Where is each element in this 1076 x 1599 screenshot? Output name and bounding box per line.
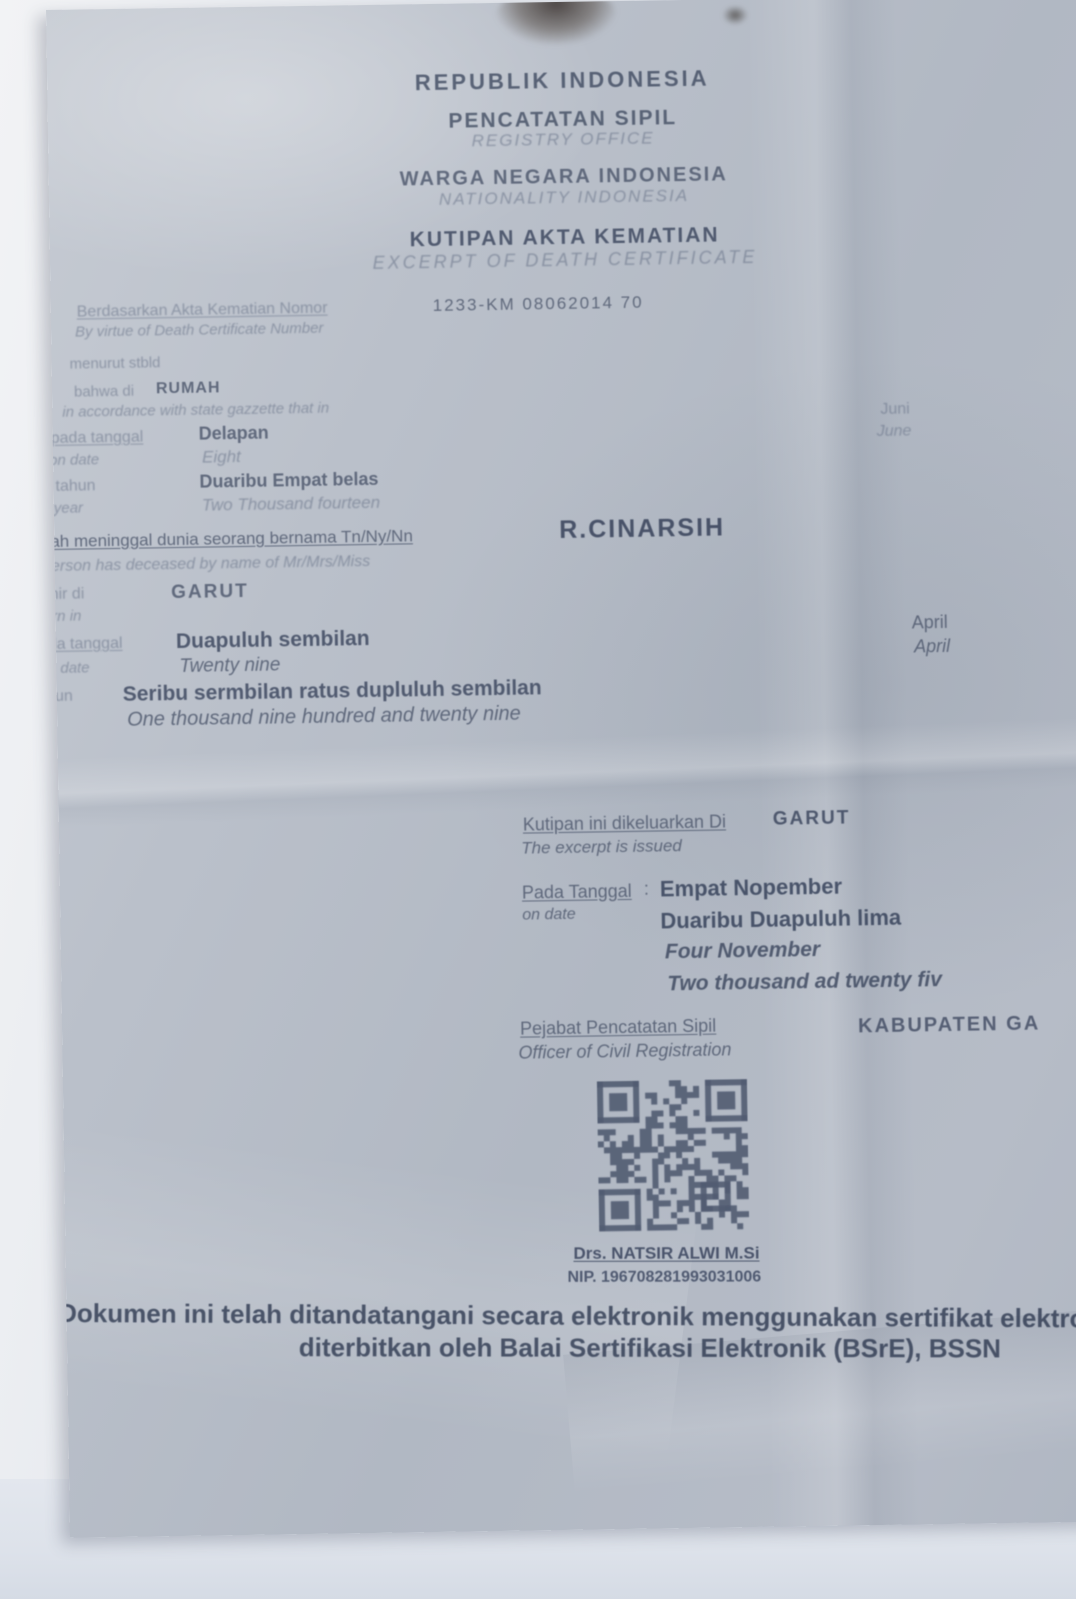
issued-label-en: The excerpt is issued: [521, 836, 682, 859]
issue-date-label-en: on date: [522, 906, 576, 925]
issued-place: GARUT: [773, 807, 851, 830]
birth-place-label-en: born in: [46, 608, 82, 626]
issue-date-colon: :: [644, 879, 649, 900]
issue-date-year-en: Two thousand ad twenty fiv: [667, 968, 942, 996]
cert-number-label-en: By virtue of Death Certificate Number: [75, 320, 324, 341]
death-day-id: Delapan: [199, 423, 269, 445]
photo-frame: REPUBLIK INDONESIA PENCATATAN SIPIL REGI…: [0, 0, 1076, 1599]
death-date-label-en: on date: [49, 451, 99, 469]
death-date-label-id: pada tanggal: [51, 429, 144, 448]
cert-number-value: 1233-KM 08062014 70: [433, 293, 644, 316]
small-stain: [722, 5, 748, 25]
death-month-id: Juni: [880, 400, 910, 418]
signer-name: Drs. NATSIR ALWI M.Si: [573, 1244, 761, 1264]
death-month-en: June: [877, 422, 912, 441]
birth-day-id: Duapuluh sembilan: [176, 627, 370, 654]
ink-smudge-stain: [496, 0, 617, 45]
officer-label-id: Pejabat Pencatatan Sipil: [520, 1016, 716, 1040]
officer-label-en: Officer of Civil Registration: [518, 1039, 731, 1063]
death-year-label-en: year: [54, 499, 83, 516]
death-year-id: Duaribu Empat belas: [199, 469, 378, 493]
death-year-en: Two Thousand fourteen: [202, 493, 381, 516]
birth-place-value: GARUT: [171, 581, 249, 604]
signer-nip: NIP. 196708281993031006: [567, 1269, 761, 1287]
issue-date-label-id: Pada Tanggal: [522, 881, 632, 904]
birth-place-label-id: lahir di: [46, 585, 84, 604]
issue-date-day-id: Empat Nopember: [660, 874, 843, 903]
death-certificate-document: REPUBLIK INDONESIA PENCATATAN SIPIL REGI…: [46, 0, 1076, 1538]
birth-year-label-id: tahun: [46, 688, 73, 707]
birth-month-id: April: [912, 612, 948, 634]
deceased-label-id: telah meninggal dunia seorang bernama Tn…: [46, 526, 413, 552]
esign-footer-line2: diterbitkan oleh Balai Sertifikasi Elekt…: [299, 1332, 1001, 1364]
esign-footer-line1: Dokumen ini telah ditandatangani secara …: [58, 1298, 1076, 1335]
death-day-en: Eight: [202, 447, 241, 468]
death-year-label-id: tahun: [55, 477, 95, 496]
deceased-name: R.CINARSIH: [559, 513, 725, 545]
issue-date-day-en: Four November: [665, 938, 821, 964]
birth-year-en: One thousand nine hundred and twenty nin…: [127, 703, 521, 732]
issued-label-id: Kutipan ini dikeluarkan Di: [523, 811, 726, 835]
country-title: REPUBLIK INDONESIA: [47, 60, 1076, 102]
death-place-label-id: bahwa di: [74, 383, 134, 401]
deceased-label-en: a person has deceased by name of Mr/Mrs/…: [46, 553, 370, 576]
death-place-value: RUMAH: [156, 379, 221, 398]
signature-block: Drs. NATSIR ALWI M.Si NIP. 1967082819930…: [573, 1244, 761, 1287]
birth-date-label-en: date: [60, 659, 89, 676]
birth-day-en: Twenty nine: [179, 654, 280, 678]
horizontal-fold-crease: [57, 714, 1076, 828]
qr-code-icon: [597, 1079, 749, 1233]
cert-number-label-id: Berdasarkan Akta Kematian Nomor: [77, 300, 328, 322]
issue-date-year-id: Duaribu Duapuluh lima: [660, 905, 901, 935]
stbl-note: menurut stbld: [69, 354, 160, 372]
birth-date-label-id: pada tanggal: [46, 635, 123, 654]
birth-month-en: April: [914, 636, 950, 658]
death-place-label-en: in accordance with state gazzette that i…: [62, 400, 329, 421]
region-name: KABUPATEN GA: [858, 1013, 1040, 1039]
